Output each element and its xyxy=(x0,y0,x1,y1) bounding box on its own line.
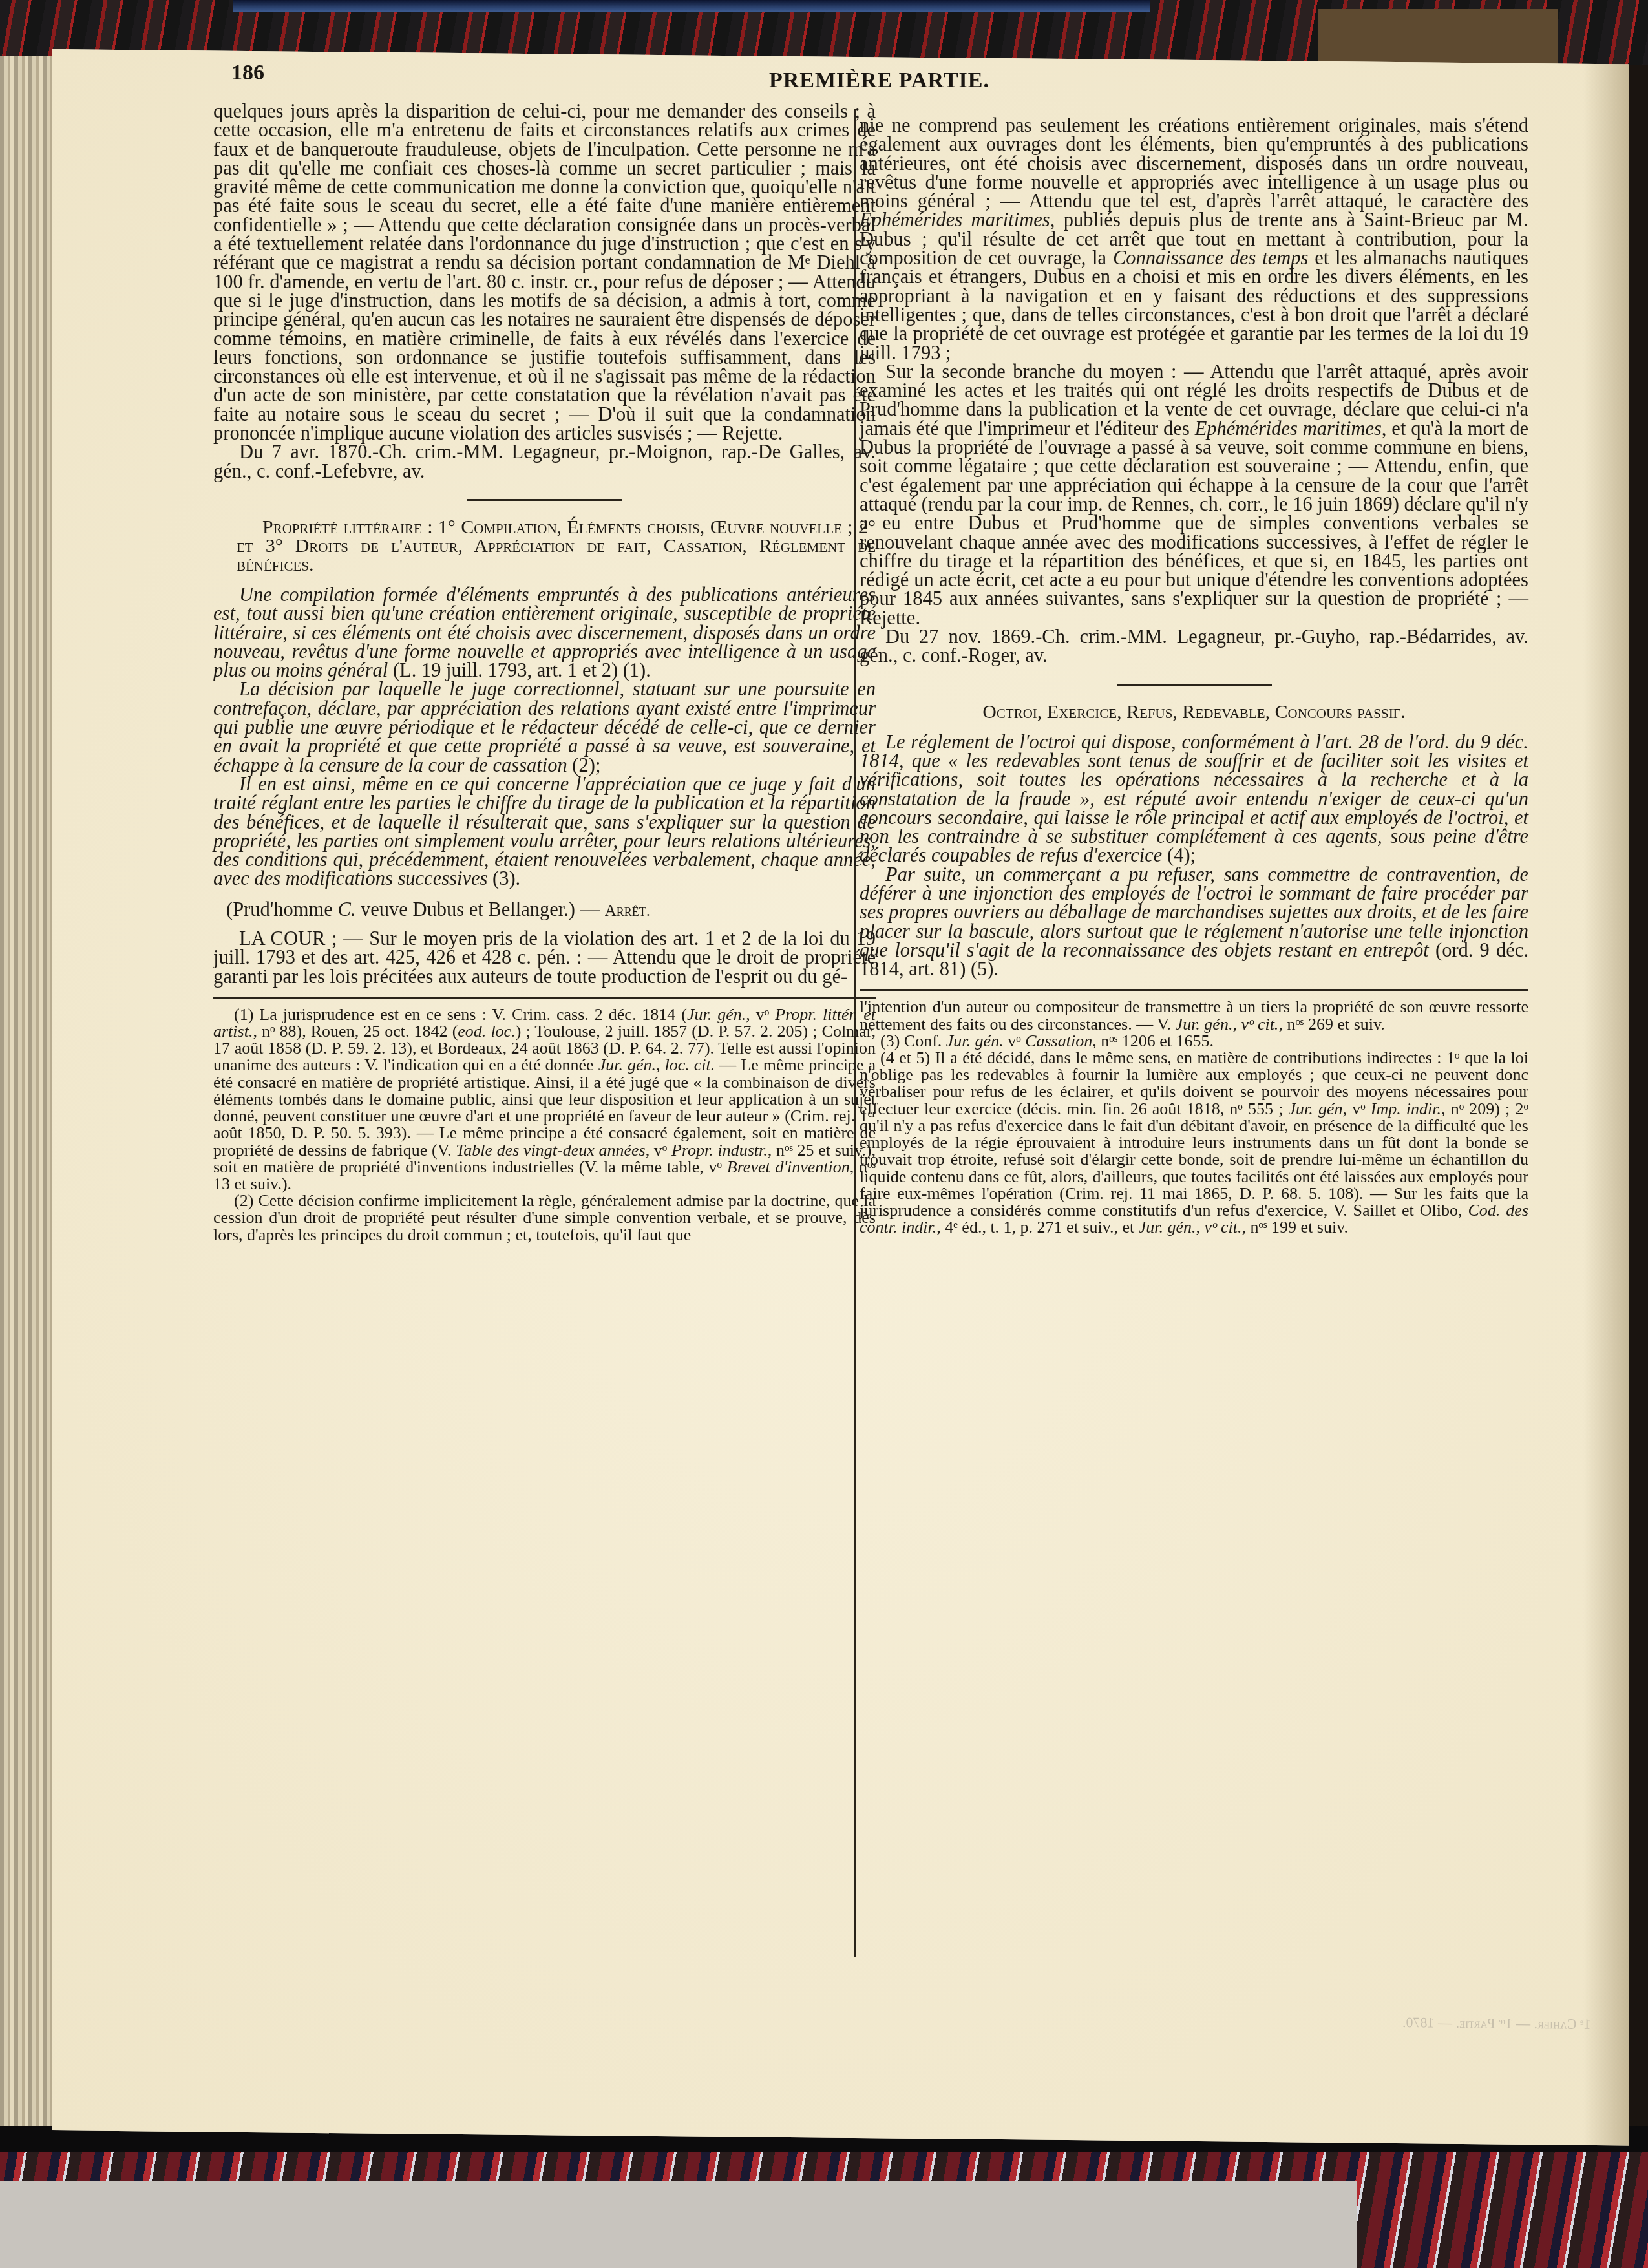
gutter-shadow xyxy=(1583,64,1629,2146)
footnote-2: (2) Cette décision confirme implicitemen… xyxy=(213,1192,876,1244)
decision-date-line-2: Du 27 nov. 1869.-Ch. crim.-MM. Legagneur… xyxy=(860,628,1528,666)
left-column: quelques jours après la disparition de c… xyxy=(213,102,876,1244)
cover-tan-patch xyxy=(1318,9,1558,67)
footnote-4-5: (4 et 5) Il a été décidé, dans le même s… xyxy=(860,1050,1528,1236)
section-separator-2 xyxy=(1117,684,1272,686)
footnote-2-continuation: l'intention d'un auteur ou compositeur d… xyxy=(860,999,1528,1032)
footnote-rule xyxy=(213,997,876,999)
decision-date-line: Du 7 avr. 1870.-Ch. crim.-MM. Legagneur,… xyxy=(213,443,876,481)
section-separator xyxy=(467,499,622,501)
la-cour-continuation: nie ne comprend pas seulement les créati… xyxy=(860,116,1528,363)
running-head: PREMIÈRE PARTIE. xyxy=(769,69,989,93)
summary-paragraph-3: Il en est ainsi, même en ce qui concerne… xyxy=(213,775,876,889)
la-cour-paragraph: LA COUR ; — Sur le moyen pris de la viol… xyxy=(213,929,876,986)
footnote-1: (1) La jurisprudence est en ce sens : V.… xyxy=(213,1006,876,1192)
cover-blue-strip xyxy=(233,0,1150,12)
show-through-text: 1ᵉ Cahier. — 1ʳᵉ Partie. — 1870. xyxy=(1402,2014,1591,2033)
case-continuation: quelques jours après la disparition de c… xyxy=(213,102,876,443)
summary-paragraph-2: La décision par laquelle le juge correct… xyxy=(213,680,876,774)
footnote-3: (3) Conf. Jur. gén. vᵒ Cassation, nᵒˢ 12… xyxy=(860,1033,1528,1050)
right-footnotes: l'intention d'un auteur ou compositeur d… xyxy=(860,999,1528,1236)
section-title-propriete: Propriété littéraire : 1° Compilation, É… xyxy=(213,518,876,574)
octroi-summary-1: Le réglement de l'octroi qui dispose, co… xyxy=(860,733,1528,865)
case-parties: (Prud'homme C. veuve Dubus et Bellanger.… xyxy=(213,900,876,920)
page-number: 186 xyxy=(231,61,264,85)
seconde-branche-paragraph: Sur la seconde branche du moyen : — Atte… xyxy=(860,363,1528,628)
footnote-rule-2 xyxy=(860,989,1528,991)
desk-surface xyxy=(0,2181,1357,2268)
octroi-summary-2: Par suite, un commerçant a pu refuser, s… xyxy=(860,865,1528,979)
left-footnotes: (1) La jurisprudence est en ce sens : V.… xyxy=(213,1006,876,1244)
summary-paragraph-1: Une compilation formée d'éléments emprun… xyxy=(213,586,876,680)
right-column: nie ne comprend pas seulement les créati… xyxy=(860,116,1528,1236)
section-title-octroi: Octroi, Exercice, Refus, Redevable, Conc… xyxy=(860,703,1528,721)
